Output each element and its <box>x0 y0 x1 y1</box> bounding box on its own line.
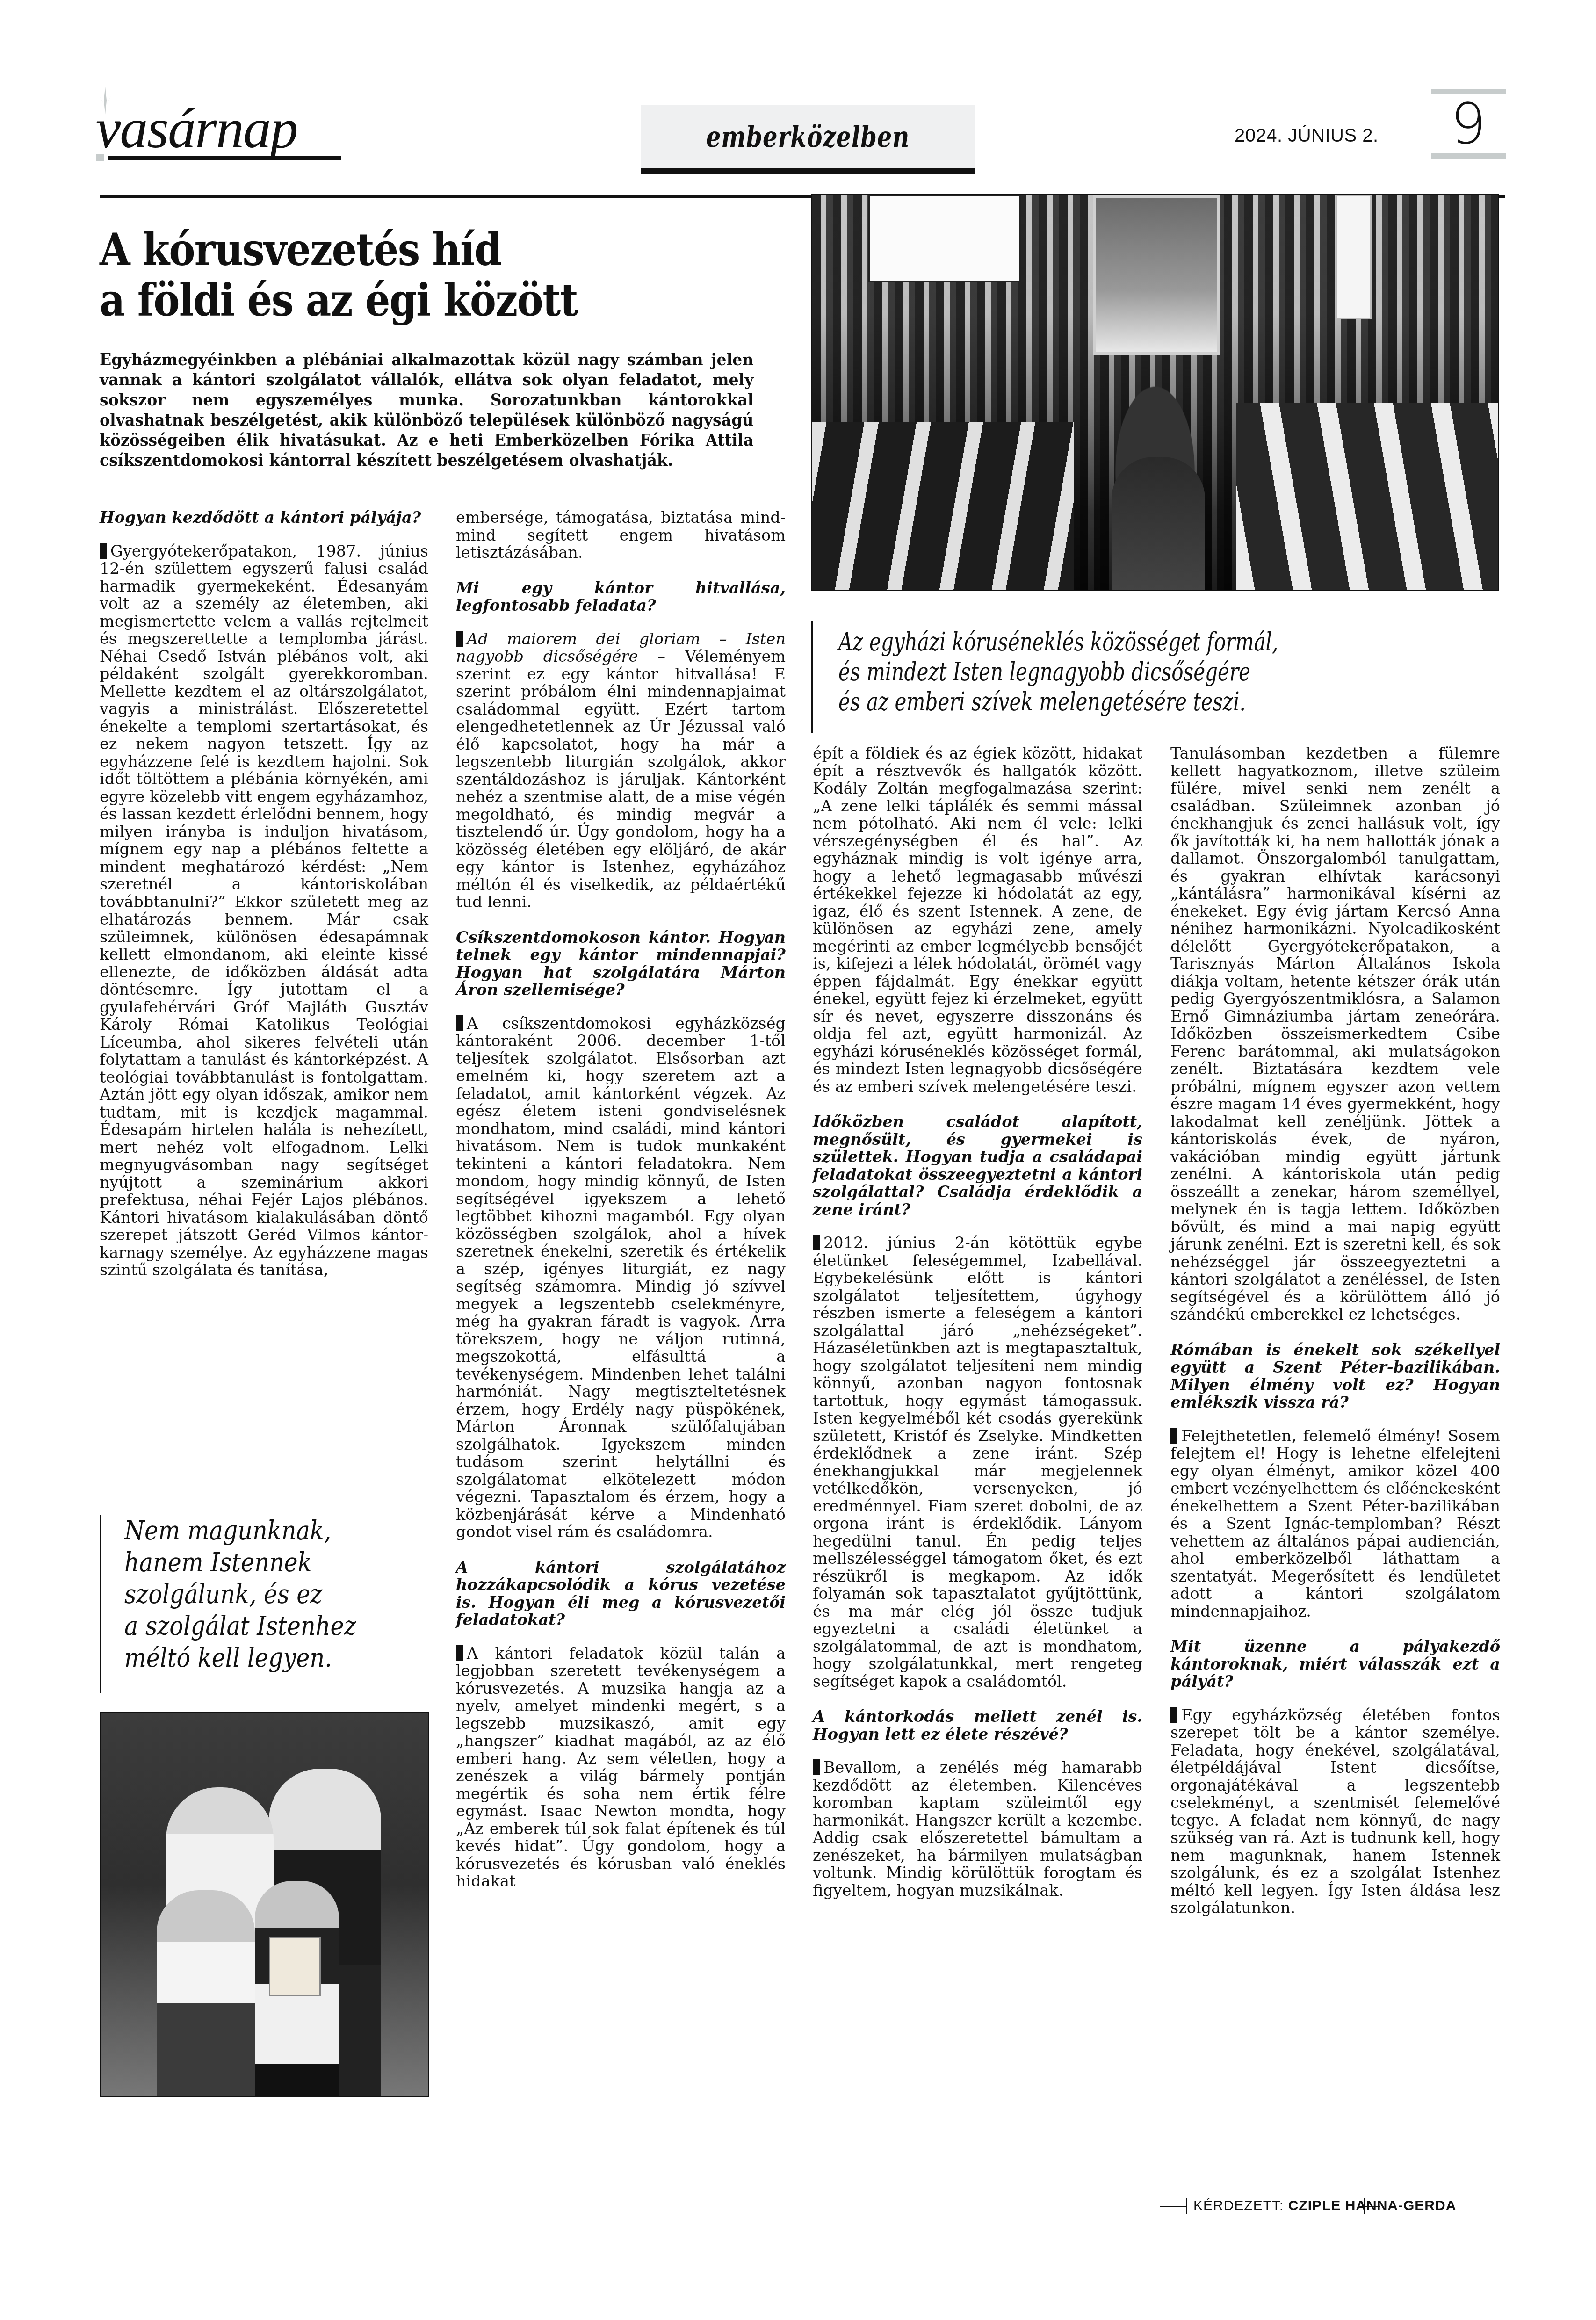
pull-quote-line: szolgálunk, és ez <box>124 1579 322 1610</box>
interview-answer: Gyergyótekerőpatakon, 1987. június 12-én… <box>100 542 428 1279</box>
logo-underline <box>108 156 341 160</box>
pull-quote-right: Az egyházi kóruséneklés közösséget formá… <box>811 621 1497 733</box>
interview-answer: Bevallom, a zenélés még hamarabb kezdődö… <box>813 1759 1142 1899</box>
interview-question: A kántori szolgálatához hozzákapcsolódik… <box>456 1559 786 1629</box>
pull-quote-line: és az emberi szívek melengetésére teszi. <box>838 687 1246 716</box>
article-column-4: Tanulásomban kezdetben a fülemre kellett… <box>1170 744 1500 1935</box>
answer-continued: embersége, támogatása, biztatása mind-mi… <box>456 509 786 562</box>
article-headline: A kórusvezetés híd a földi és az égi köz… <box>100 224 701 325</box>
interview-answer: Felejthetetlen, felemelő élmény! Sosem f… <box>1170 1427 1500 1620</box>
byline-rule-left <box>1160 2206 1186 2207</box>
interview-question: Mit üzenne a pályakezdő kántoroknak, mié… <box>1170 1638 1500 1691</box>
answer-marker <box>456 1015 463 1031</box>
answer-text: A kántori feladatok közül talán a legjob… <box>456 1644 786 1891</box>
answer-marker <box>456 1645 463 1661</box>
choir-concert-photo <box>811 194 1499 591</box>
answer-text: A csíkszentdomokosi egyházközség kántora… <box>456 1014 786 1541</box>
answer-marker <box>1170 1428 1177 1444</box>
answer-text: Egy egyházközség életében fontos szerepe… <box>1170 1706 1500 1917</box>
byline-label: KÉRDEZETT: <box>1193 2198 1284 2213</box>
answer-continued: épít a földiek és az égiek között, hidak… <box>813 744 1142 1095</box>
interview-question: A kántorkodás mellett zenél is. Hogyan l… <box>813 1708 1142 1743</box>
answer-continued: Tanulásomban kezdetben a fülemre kellett… <box>1170 744 1500 1323</box>
interview-question: Hogyan kezdődött a kántori pályája? <box>100 509 428 527</box>
answer-marker <box>100 543 107 559</box>
page-number-bottom-bar <box>1431 153 1506 159</box>
page-number-box: 9 <box>1431 89 1506 143</box>
interview-answer: 2012. június 2-án kötöttük egybe életünk… <box>813 1234 1142 1690</box>
diploma <box>269 1937 321 1996</box>
logo-accent-bar <box>96 154 104 161</box>
byline-tick-left <box>1186 2198 1187 2214</box>
pull-quote-line: hanem Istennek <box>124 1547 312 1578</box>
interview-question: Rómában is énekelt sok székellyel együtt… <box>1170 1341 1500 1411</box>
headline-line-2: a földi és az égi között <box>100 274 578 326</box>
issue-date: 2024. JÚNIUS 2. <box>1235 125 1379 146</box>
pull-quote-line: a szolgálat Istenhez <box>124 1611 356 1641</box>
interview-answer: A kántori feladatok közül talán a legjob… <box>456 1645 786 1890</box>
interview-answer: Ad maiorem dei gloriam – Isten nagyobb d… <box>456 630 786 911</box>
pews-left <box>812 422 1074 590</box>
daughter-figure <box>157 1890 255 2096</box>
page-number: 9 <box>1431 94 1506 154</box>
answer-text: – Véleményem szerint ez egy kántor hitva… <box>456 647 786 911</box>
answer-marker <box>813 1235 820 1250</box>
pull-quote-left: Nem magunknak, hanem Istennek szolgálunk… <box>100 1515 436 1693</box>
article-column-3: épít a földiek és az égiek között, hidak… <box>813 744 1142 1917</box>
pull-quote-line: és mindezt Isten legnagyobb dicsőségére <box>838 657 1250 687</box>
byline-rule-right <box>1365 2206 1380 2207</box>
logo-text: vasárnap <box>96 101 297 157</box>
byline-tick-right <box>1364 2198 1365 2214</box>
pews-right <box>1236 403 1498 590</box>
byline-text: KÉRDEZETT: CZIPLE HANNA-GERDA <box>1193 2197 1456 2215</box>
article-lead: Egyházmegyéinkben a plébániai alkalmazot… <box>100 350 753 470</box>
altar-painting <box>1093 195 1220 355</box>
conductor-figure <box>1112 457 1205 591</box>
answer-marker <box>1170 1707 1177 1723</box>
interview-question: Mi egy kántor hitvallása, legfontosabb f… <box>456 579 786 614</box>
section-label: emberközelben <box>674 105 942 168</box>
article-column-1: Hogyan kezdődött a kántori pályája? Gyer… <box>100 509 428 1297</box>
interview-question: Csíkszentdomokoson kántor. Hogyan telnek… <box>456 929 786 999</box>
interview-answer: Egy egyházközség életében fontos szerepe… <box>1170 1706 1500 1917</box>
interview-question: Időközben családot alapított, megnősült,… <box>813 1113 1142 1218</box>
answer-marker <box>813 1759 820 1775</box>
pull-quote-line: méltó kell legyen. <box>124 1643 332 1673</box>
church-window <box>1336 195 1372 319</box>
answer-text: Gyergyótekerőpatakon, 1987. június 12-én… <box>100 542 428 1279</box>
answer-marker <box>456 631 463 647</box>
family-portrait-photo <box>100 1712 429 2097</box>
article-column-2: embersége, támogatása, biztatása mind-mi… <box>456 509 786 1908</box>
publication-logo: vasárnap <box>96 96 348 166</box>
headline-line-1: A kórusvezetés híd <box>100 223 501 276</box>
answer-text: 2012. június 2-án kötöttük egybe életünk… <box>813 1234 1142 1691</box>
interview-answer: A csíkszentdomokosi egyházközség kántora… <box>456 1015 786 1541</box>
answer-text: Bevallom, a zenélés még hamarabb kezdődö… <box>813 1758 1142 1900</box>
section-label-box: emberközelben <box>641 105 975 174</box>
byline: KÉRDEZETT: CZIPLE HANNA-GERDA <box>1160 2197 1501 2215</box>
pull-quote-line: Az egyházi kóruséneklés közösséget formá… <box>838 627 1278 657</box>
pull-quote-line: Nem magunknak, <box>124 1516 331 1546</box>
projection-screen <box>868 195 1021 282</box>
answer-text: Felejthetetlen, felemelő élmény! Sosem f… <box>1170 1427 1500 1620</box>
